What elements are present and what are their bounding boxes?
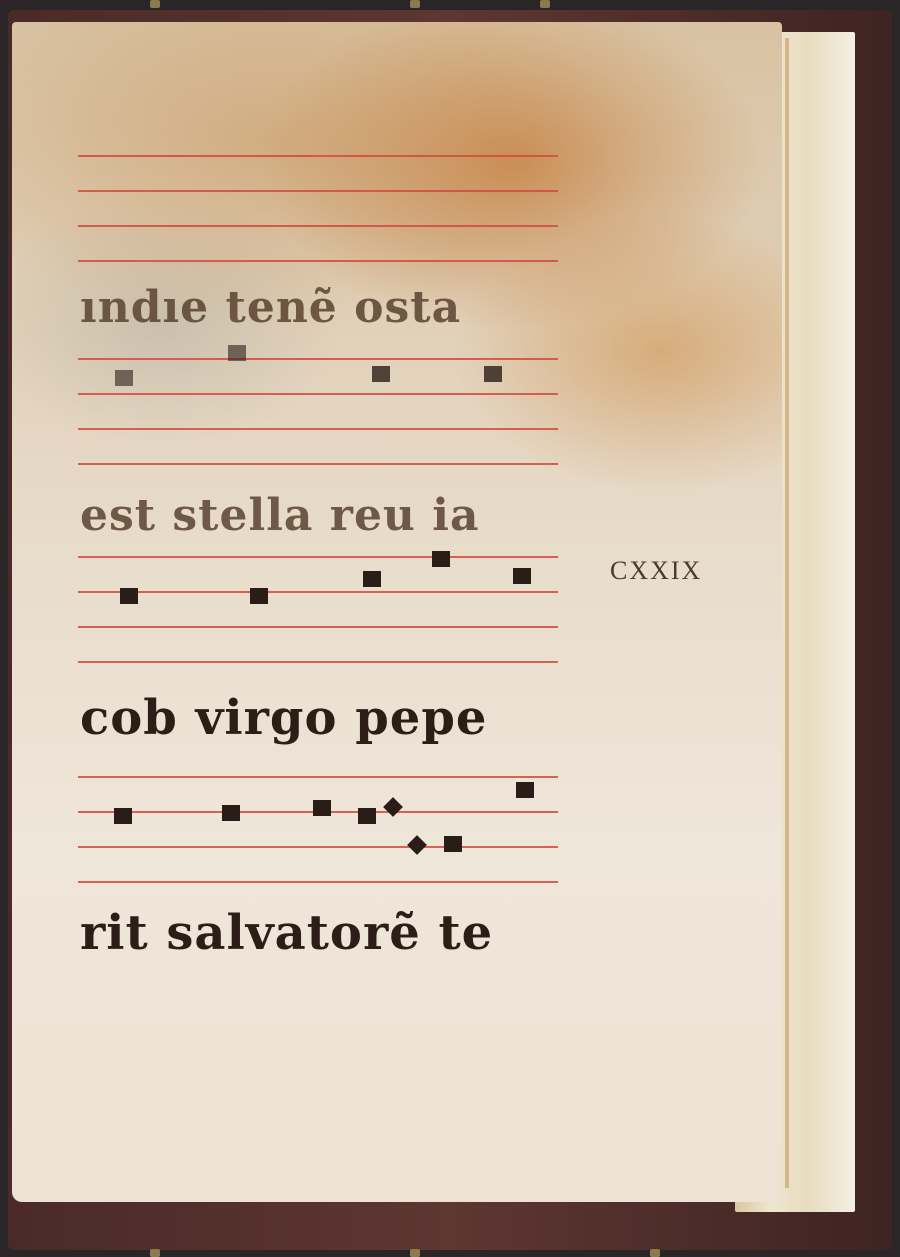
- binding-tab: [540, 0, 550, 8]
- page-edge: [785, 38, 789, 1188]
- neume-note: [363, 571, 381, 587]
- neume-note: [484, 366, 502, 382]
- lyric-line: est stella reu ia: [80, 490, 479, 541]
- binding-tab: [150, 0, 160, 8]
- folio-number: CXXIX: [610, 556, 702, 586]
- music-staff: [78, 155, 558, 295]
- neume-note: [222, 805, 240, 821]
- neume-note: [372, 366, 390, 382]
- neume-note: [114, 808, 132, 824]
- lyric-line: rit salvatorẽ te: [80, 905, 493, 961]
- neume-note: [444, 836, 462, 852]
- neume-note: [228, 345, 246, 361]
- neume-note: [115, 370, 133, 386]
- binding-tab: [650, 1249, 660, 1257]
- binding-tab: [410, 0, 420, 8]
- music-staff: [78, 556, 558, 696]
- music-staff: [78, 776, 558, 916]
- neume-note: [250, 588, 268, 604]
- lyric-line: cob virgo pepe: [80, 690, 487, 746]
- neume-note: [313, 800, 331, 816]
- neume-note: [120, 588, 138, 604]
- lyric-line: ındıe tenẽ osta: [80, 282, 461, 333]
- binding-tab: [150, 1249, 160, 1257]
- neume-note: [358, 808, 376, 824]
- binding-tab: [410, 1249, 420, 1257]
- neume-note: [513, 568, 531, 584]
- neume-note: [516, 782, 534, 798]
- neume-note: [432, 551, 450, 567]
